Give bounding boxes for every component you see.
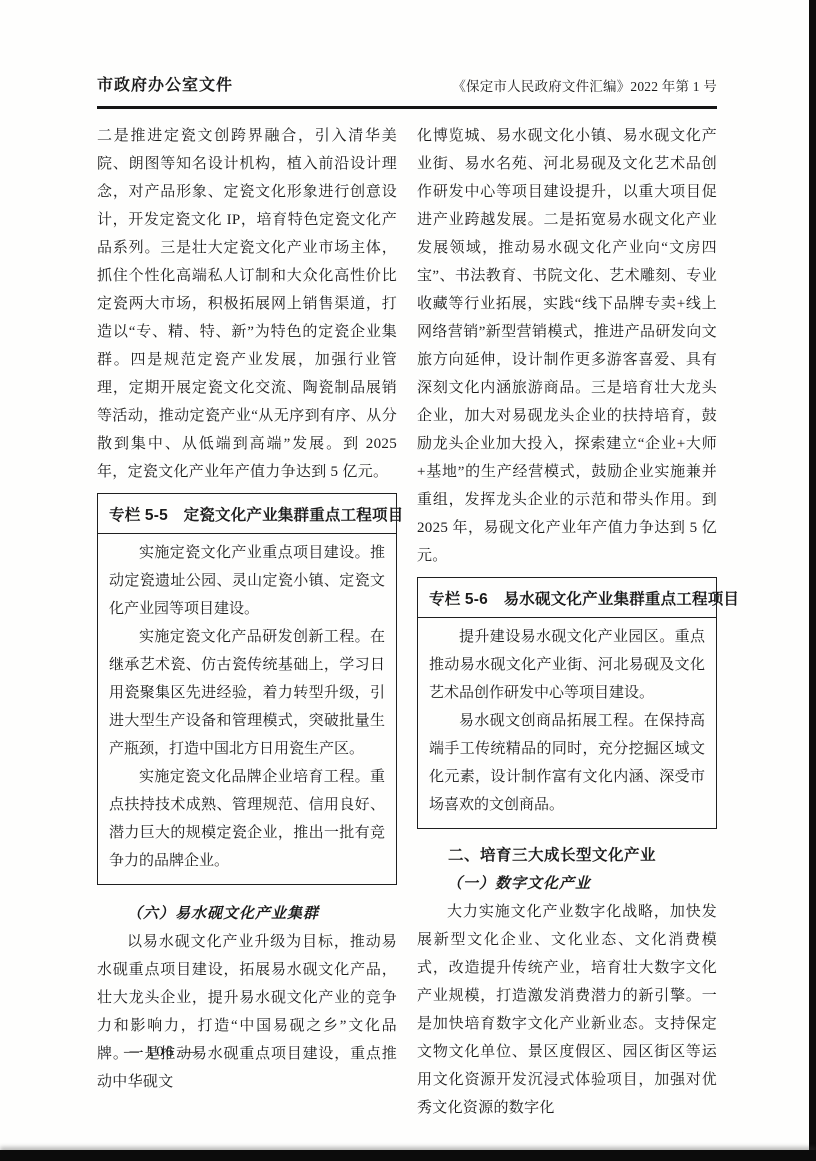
box-5-6-paragraph: 易水砚文创商品拓展工程。在保持高端手工传统精品的同时，充分挖掘区域文化元素，设计… (429, 707, 705, 819)
section-heading-six: （六）易水砚文化产业集群 (97, 900, 397, 928)
feature-box-5-5-body: 实施定瓷文化产业重点项目建设。推动定瓷遗址公园、灵山定瓷小镇、定瓷文化产业园等项… (98, 534, 396, 884)
feature-box-5-5-title: 专栏 5-5 定瓷文化产业集群重点工程项目 (98, 494, 396, 534)
right-section-paragraph: 大力实施文化产业数字化战略，加快发展新型文化企业、文化业态、文化消费模式，改造提… (417, 898, 717, 1122)
box-5-5-paragraph: 实施定瓷文化产业重点项目建设。推动定瓷遗址公园、灵山定瓷小镇、定瓷文化产业园等项… (109, 539, 385, 623)
page-number: — 106 — (124, 1044, 198, 1061)
right-intro-paragraph: 化博览城、易水砚文化小镇、易水砚文化产业街、易水名苑、河北易砚及文化艺术品创作研… (417, 122, 717, 570)
subsection-heading-one: （一）数字文化产业 (417, 870, 717, 898)
box-5-5-paragraph: 实施定瓷文化品牌企业培育工程。重点扶持技术成熟、管理规范、信用良好、潜力巨大的规… (109, 763, 385, 875)
feature-box-5-5: 专栏 5-5 定瓷文化产业集群重点工程项目 实施定瓷文化产业重点项目建设。推动定… (97, 493, 397, 885)
feature-box-5-6: 专栏 5-6 易水砚文化产业集群重点工程项目 提升建设易水砚文化产业园区。重点推… (417, 577, 717, 829)
box-5-5-paragraph: 实施定瓷文化产品研发创新工程。在继承艺术瓷、仿古瓷传统基础上，学习日用瓷聚集区先… (109, 623, 385, 763)
scan-edge-right (809, 0, 816, 1161)
scan-edge-bottom (0, 1150, 816, 1161)
right-column: 化博览城、易水砚文化小镇、易水砚文化产业街、易水名苑、河北易砚及文化艺术品创作研… (417, 122, 717, 1122)
header-compilation-title: 《保定市人民政府文件汇编》2022 年第 1 号 (452, 75, 717, 95)
left-section-paragraph: 以易水砚文化产业升级为目标，推动易水砚重点项目建设，拓展易水砚文化产品，壮大龙头… (97, 928, 397, 1096)
left-column: 二是推进定瓷文创跨界融合，引入清华美院、朗图等知名设计机构，植入前沿设计理念，对… (97, 122, 397, 1122)
header-doc-category: 市政府办公室文件 (97, 72, 233, 95)
page-header: 市政府办公室文件 《保定市人民政府文件汇编》2022 年第 1 号 (97, 72, 717, 109)
box-5-6-paragraph: 提升建设易水砚文化产业园区。重点推动易水砚文化产业街、河北易砚及文化艺术品创作研… (429, 623, 705, 707)
page-content: 市政府办公室文件 《保定市人民政府文件汇编》2022 年第 1 号 二是推进定瓷… (97, 72, 717, 1122)
two-column-layout: 二是推进定瓷文创跨界融合，引入清华美院、朗图等知名设计机构，植入前沿设计理念，对… (97, 122, 717, 1122)
left-intro-paragraph: 二是推进定瓷文创跨界融合，引入清华美院、朗图等知名设计机构，植入前沿设计理念，对… (97, 122, 397, 486)
feature-box-5-6-title: 专栏 5-6 易水砚文化产业集群重点工程项目 (418, 578, 716, 618)
section-heading-two: 二、培育三大成长型文化产业 (417, 842, 717, 870)
feature-box-5-6-body: 提升建设易水砚文化产业园区。重点推动易水砚文化产业街、河北易砚及文化艺术品创作研… (418, 618, 716, 828)
document-page: 市政府办公室文件 《保定市人民政府文件汇编》2022 年第 1 号 二是推进定瓷… (0, 0, 816, 1161)
